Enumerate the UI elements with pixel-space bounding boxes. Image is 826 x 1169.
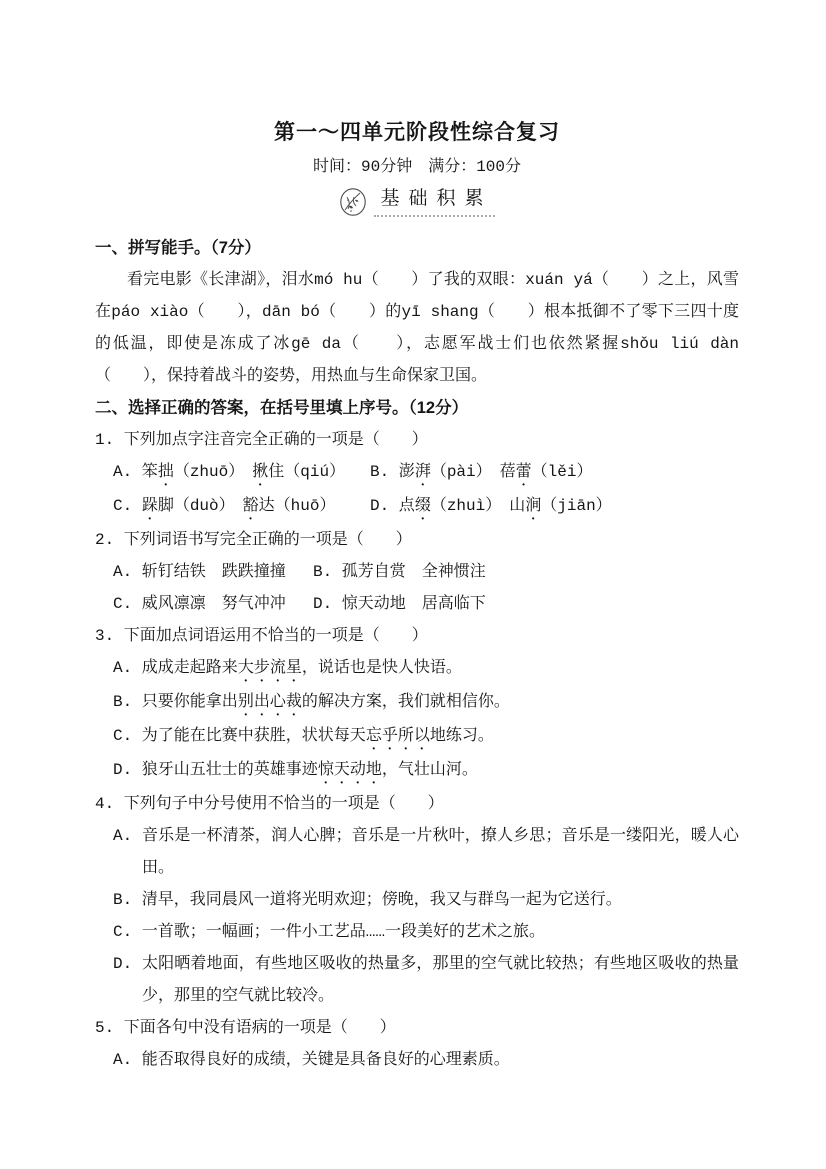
question-2-option-b: B. 孤芳自赏 全神惯注 [313, 556, 739, 588]
question-5-option-a: A. 能否取得良好的成绩，关键是具备良好的心理素质。 [113, 1044, 739, 1076]
exam-meta: 时间：90分钟 满分：100分 [95, 156, 739, 178]
question-1-stem: 1. 下列加点字注音完全正确的一项是（ ） [95, 424, 739, 456]
question-1-option-b: B. 澎湃（pài） 蓓蕾（lěi） [370, 456, 739, 490]
exam-page: 第一～四单元阶段性综合复习 时间：90分钟 满分：100分 基础积累 [0, 0, 826, 1169]
part-two: 二、选择正确的答案，在括号里填上序号。（12分） 1. 下列加点字注音完全正确的… [95, 392, 739, 1076]
question-1-options: A. 笨拙（zhuō） 揪住（qiú） B. 澎湃（pài） 蓓蕾（lěi） C… [113, 456, 739, 524]
question-2-options: A. 斩钉结铁 跌跌撞撞 B. 孤芳自赏 全神惯注 C. 威风凛凛 努气冲冲 D… [113, 556, 739, 620]
section-banner: 基础积累 [95, 186, 739, 217]
question-3-option-d: D. 狼牙山五壮士的英雄事迹惊天动地，气壮山河。 [113, 754, 739, 788]
question-4-option-b: B. 清早，我同晨风一道将光明欢迎；傍晚，我又与群鸟一起为它送行。 [113, 884, 739, 916]
question-2-option-c: C. 威风凛凛 努气冲冲 [113, 588, 313, 620]
question-3-option-c: C. 为了能在比赛中获胜，状状每天忘乎所以地练习。 [113, 720, 739, 754]
question-4-option-c: C. 一首歌；一幅画；一件小工艺品……一段美好的艺术之旅。 [113, 916, 739, 948]
question-3-stem: 3. 下面加点词语运用不恰当的一项是（ ） [95, 620, 739, 652]
question-3: 3. 下面加点词语运用不恰当的一项是（ ） A. 成成走起路来大步流星，说话也是… [95, 620, 739, 788]
part-one-paragraph: 看完电影《长津湖》，泪水mó hu（ ）了我的双眼：xuán yá（ ）之上，风… [95, 264, 739, 392]
question-2-option-d: D. 惊天动地 居高临下 [313, 588, 739, 620]
question-5-options: A. 能否取得良好的成绩，关键是具备良好的心理素质。 [113, 1044, 739, 1076]
question-1: 1. 下列加点字注音完全正确的一项是（ ） A. 笨拙（zhuō） 揪住（qiú… [95, 424, 739, 524]
question-1-option-c: C. 跺脚（duò） 豁达（huō） [113, 490, 370, 524]
question-4-option-a: A. 音乐是一杯清茶，润人心脾；音乐是一片秋叶，撩人乡思；音乐是一缕阳光，暖人心… [113, 820, 739, 884]
banner-label: 基础积累 [374, 186, 494, 217]
question-5-stem: 5. 下面各句中没有语病的一项是（ ） [95, 1012, 739, 1044]
question-1-option-a: A. 笨拙（zhuō） 揪住（qiú） [113, 456, 370, 490]
question-2-stem: 2. 下列词语书写完全正确的一项是（ ） [95, 524, 739, 556]
question-4-options: A. 音乐是一杯清茶，润人心脾；音乐是一片秋叶，撩人乡思；音乐是一缕阳光，暖人心… [113, 820, 739, 1012]
question-3-option-a: A. 成成走起路来大步流星，说话也是快人快语。 [113, 652, 739, 686]
question-5: 5. 下面各句中没有语病的一项是（ ） A. 能否取得良好的成绩，关键是具备良好… [95, 1012, 739, 1076]
part-one: 一、拼写能手。（7分） 看完电影《长津湖》，泪水mó hu（ ）了我的双眼：xu… [95, 232, 739, 392]
question-1-option-d: D. 点缀（zhuì） 山涧（jiān） [370, 490, 739, 524]
question-2: 2. 下列词语书写完全正确的一项是（ ） A. 斩钉结铁 跌跌撞撞 B. 孤芳自… [95, 524, 739, 620]
exam-title: 第一～四单元阶段性综合复习 [95, 120, 739, 146]
question-3-option-b: B. 只要你能拿出别出心裁的解决方案，我们就相信你。 [113, 686, 739, 720]
question-2-option-a: A. 斩钉结铁 跌跌撞撞 [113, 556, 313, 588]
part-two-heading: 二、选择正确的答案，在括号里填上序号。（12分） [95, 392, 739, 424]
question-4-stem: 4. 下列句子中分号使用不恰当的一项是（ ） [95, 788, 739, 820]
question-4-option-d: D. 太阳晒着地面，有些地区吸收的热量多，那里的空气就比较热；有些地区吸收的热量… [113, 948, 739, 1012]
exam-content: 一、拼写能手。（7分） 看完电影《长津湖》，泪水mó hu（ ）了我的双眼：xu… [95, 232, 739, 1076]
globe-plant-icon [339, 186, 367, 217]
part-one-heading: 一、拼写能手。（7分） [95, 232, 739, 264]
question-3-options: A. 成成走起路来大步流星，说话也是快人快语。 B. 只要你能拿出别出心裁的解决… [113, 652, 739, 788]
question-4: 4. 下列句子中分号使用不恰当的一项是（ ） A. 音乐是一杯清茶，润人心脾；音… [95, 788, 739, 1012]
